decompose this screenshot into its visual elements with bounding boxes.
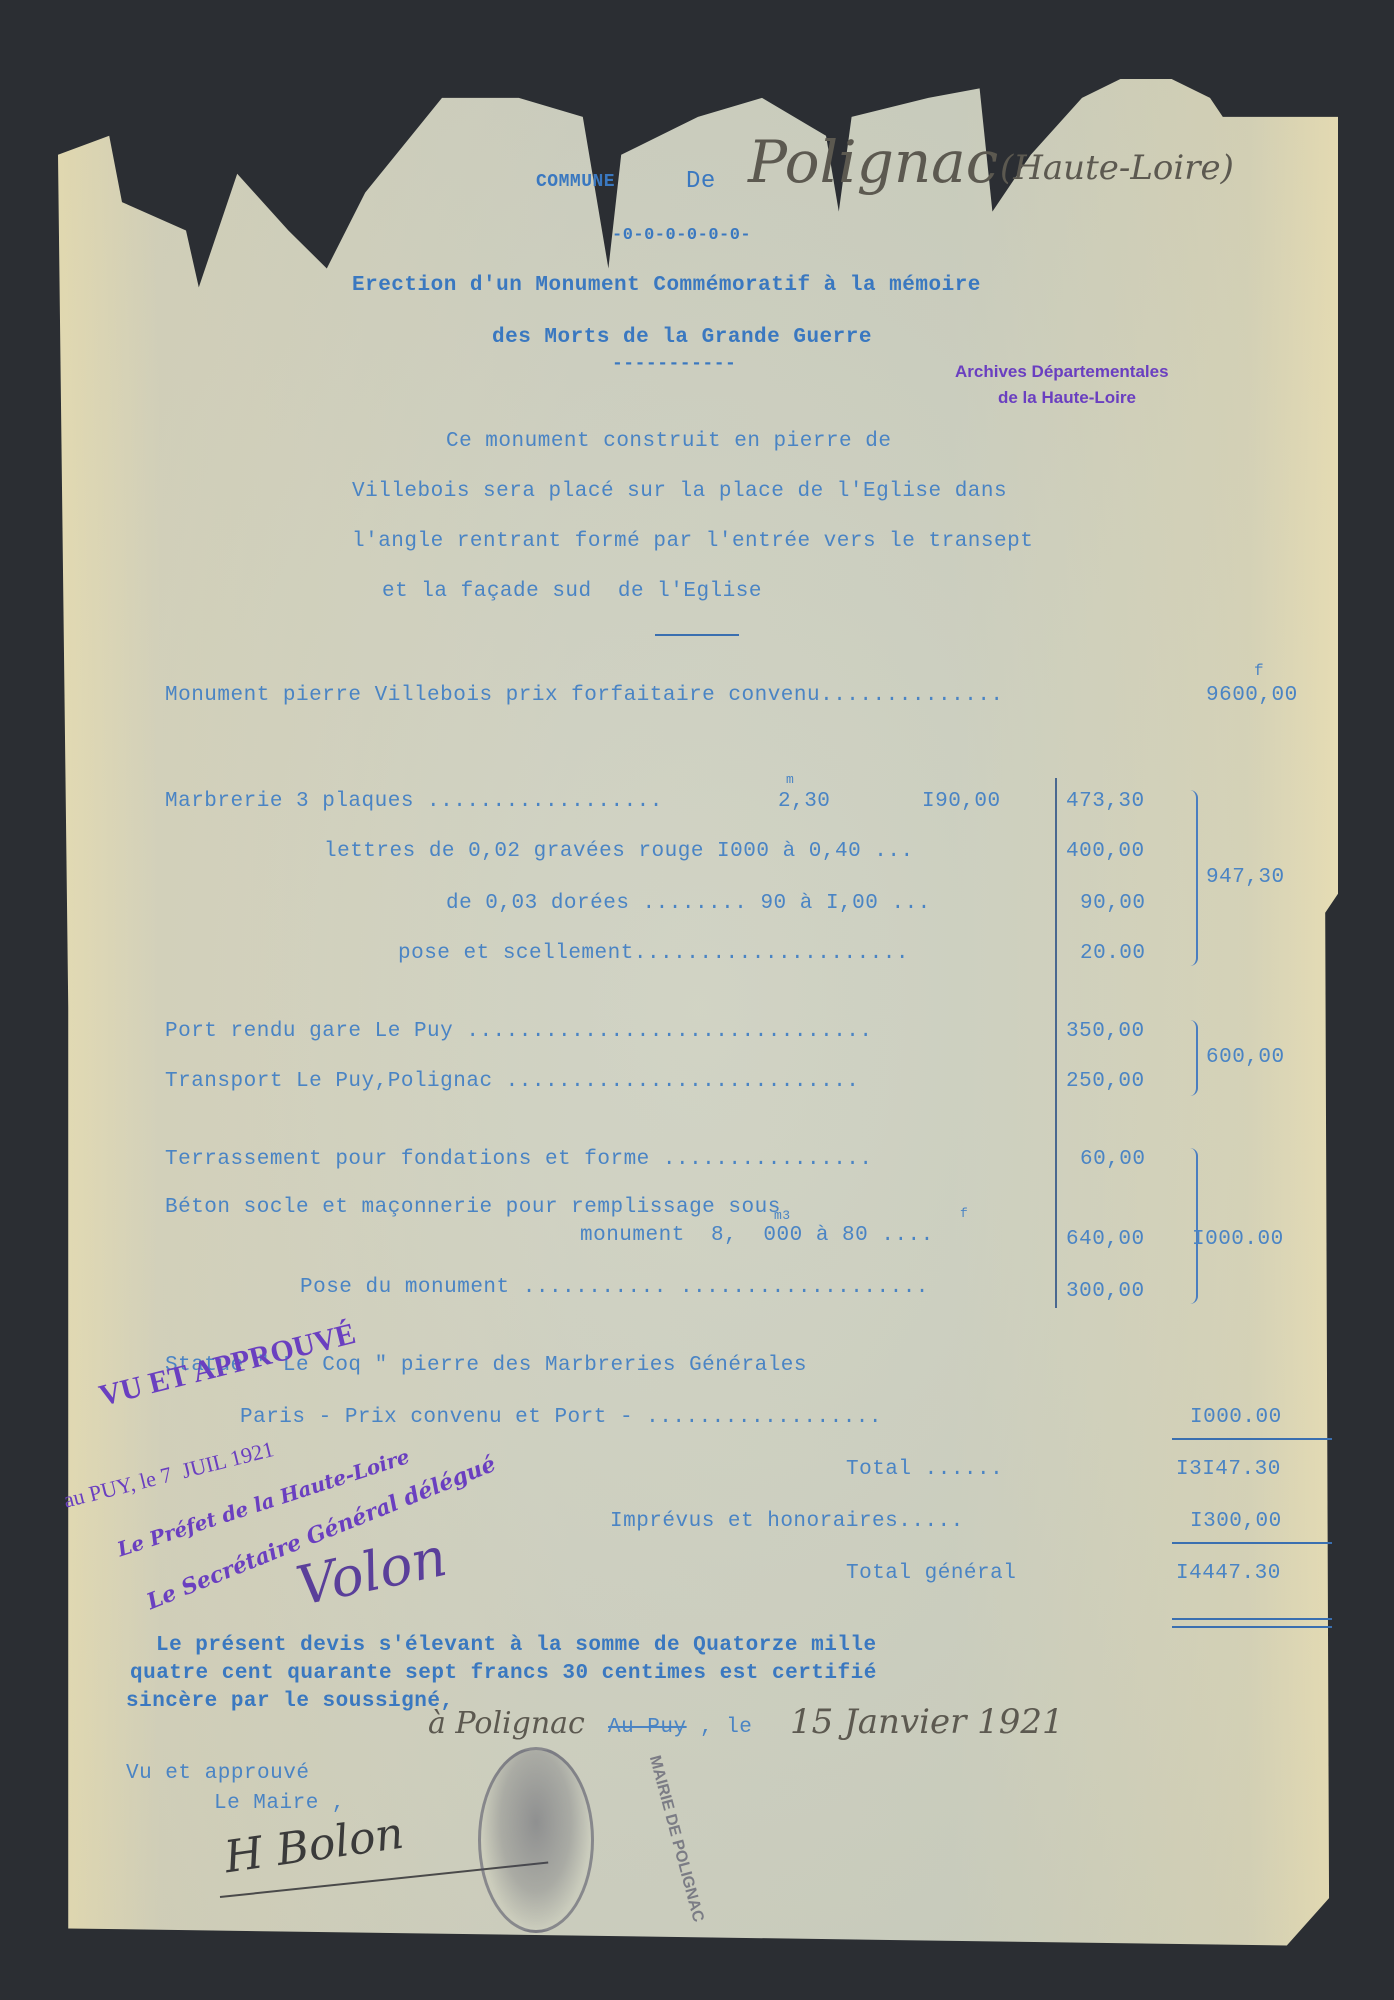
marbrerie-line-4-label: pose et scellement..................... — [398, 942, 909, 965]
maconnerie-line-2-label: Béton socle et maçonnerie pour remplissa… — [165, 1196, 781, 1219]
total-general-value: I4447.30 — [1176, 1562, 1281, 1585]
approval-line-1: Vu et approuvé — [126, 1762, 309, 1785]
maconnerie-line-2-sublabel: monument 8, 000 à 80 .... — [580, 1224, 934, 1247]
title-underline: ----------- — [612, 354, 736, 374]
description-line-2: Villebois sera placé sur la place de l'E… — [352, 480, 1007, 503]
certification-line-2: quatre cent quarante sept francs 30 cent… — [130, 1662, 877, 1685]
marbrerie-line-2-label: lettres de 0,02 gravées rouge I000 à 0,4… — [324, 840, 914, 863]
total-label: Total ...... — [846, 1458, 1003, 1481]
description-line-3: l'angle rentrant formé par l'entrée vers… — [352, 530, 1033, 553]
marbrerie-qty-unit: m — [786, 772, 794, 787]
description-divider — [655, 634, 739, 636]
commune-label: COMMUNE — [536, 172, 615, 192]
marbrerie-unit-price: I90,00 — [922, 790, 1001, 813]
maconnerie-qty-unit: m3 — [774, 1208, 791, 1223]
maconnerie-currency: f — [960, 1206, 968, 1221]
total-general-label: Total général — [846, 1562, 1016, 1585]
approval-line-2: Le Maire , — [214, 1792, 345, 1815]
maconnerie-line-3-amount: 300,00 — [1066, 1280, 1145, 1303]
commune-name: Polignac — [748, 128, 998, 196]
transport-line-1-amount: 350,00 — [1066, 1020, 1145, 1043]
maconnerie-brace — [1190, 1148, 1198, 1304]
certification-line-3: sincère par le soussigné, — [126, 1690, 454, 1713]
marbrerie-subtotal: 947,30 — [1206, 866, 1285, 889]
marbrerie-line-2-amount: 400,00 — [1066, 840, 1145, 863]
description-line-4: et la façade sud de l'Eglise — [382, 580, 762, 603]
handwritten-place: à Polignac — [428, 1706, 585, 1741]
maconnerie-line-1-label: Terrassement pour fondations et forme ..… — [165, 1148, 873, 1171]
item-monument-currency: f — [1254, 662, 1264, 680]
marbrerie-line-4-amount: 20.00 — [1080, 942, 1146, 965]
maconnerie-subtotal: I000.00 — [1192, 1228, 1284, 1251]
transport-subtotal: 600,00 — [1206, 1046, 1285, 1069]
imprevus-label: Imprévus et honoraires..... — [610, 1510, 964, 1533]
maconnerie-line-2-amount: 640,00 — [1066, 1228, 1145, 1251]
date-le: , le — [700, 1716, 752, 1739]
department: (Haute-Loire) — [1000, 148, 1234, 188]
statue-line-2: Paris - Prix convenu et Port - .........… — [240, 1406, 882, 1429]
amount-column-rule — [1055, 778, 1057, 1308]
maconnerie-line-3-label: Pose du monument ........... ...........… — [300, 1276, 929, 1299]
item-monument-amount: 9600,00 — [1206, 684, 1298, 707]
handwritten-date: 15 Janvier 1921 — [790, 1702, 1064, 1742]
maconnerie-line-1-amount: 60,00 — [1080, 1148, 1146, 1171]
marbrerie-line-3-label: de 0,03 dorées ........ 90 à I,00 ... — [446, 892, 931, 915]
total-general-double-rule-1 — [1172, 1618, 1332, 1620]
marbrerie-line-1-label: Marbrerie 3 plaques .................. — [165, 790, 663, 813]
total-value: I3I47.30 — [1176, 1458, 1281, 1481]
transport-line-2-amount: 250,00 — [1066, 1070, 1145, 1093]
marbrerie-line-1-amount: 473,30 — [1066, 790, 1145, 813]
statue-underline — [1172, 1438, 1332, 1440]
title-line-1: Erection d'un Monument Commémoratif à la… — [352, 274, 981, 297]
header-separator: -0-0-0-0-0-0- — [612, 226, 751, 245]
marbrerie-brace — [1190, 790, 1198, 966]
description-line-1: Ce monument construit en pierre de — [446, 430, 891, 453]
archive-stamp-line-2: de la Haute-Loire — [998, 388, 1136, 408]
imprevus-value: I300,00 — [1190, 1510, 1282, 1533]
marbrerie-qty: 2,30 — [778, 790, 830, 813]
title-line-2: des Morts de la Grande Guerre — [492, 326, 872, 349]
struck-place: Au Puy — [608, 1716, 687, 1739]
transport-brace — [1190, 1020, 1198, 1096]
total-general-double-rule-2 — [1172, 1626, 1332, 1628]
mairie-seal — [478, 1747, 594, 1933]
transport-line-2-label: Transport Le Puy,Polignac ..............… — [165, 1070, 859, 1093]
certification-line-1: Le présent devis s'élevant à la somme de… — [156, 1634, 877, 1657]
imprevus-underline — [1172, 1542, 1332, 1544]
marbrerie-line-3-amount: 90,00 — [1080, 892, 1146, 915]
commune-de: De — [686, 168, 716, 195]
item-monument-label: Monument pierre Villebois prix forfaitai… — [165, 684, 1004, 707]
archive-stamp-line-1: Archives Départementales — [955, 362, 1169, 382]
statue-amount: I000.00 — [1190, 1406, 1282, 1429]
transport-line-1-label: Port rendu gare Le Puy .................… — [165, 1020, 873, 1043]
